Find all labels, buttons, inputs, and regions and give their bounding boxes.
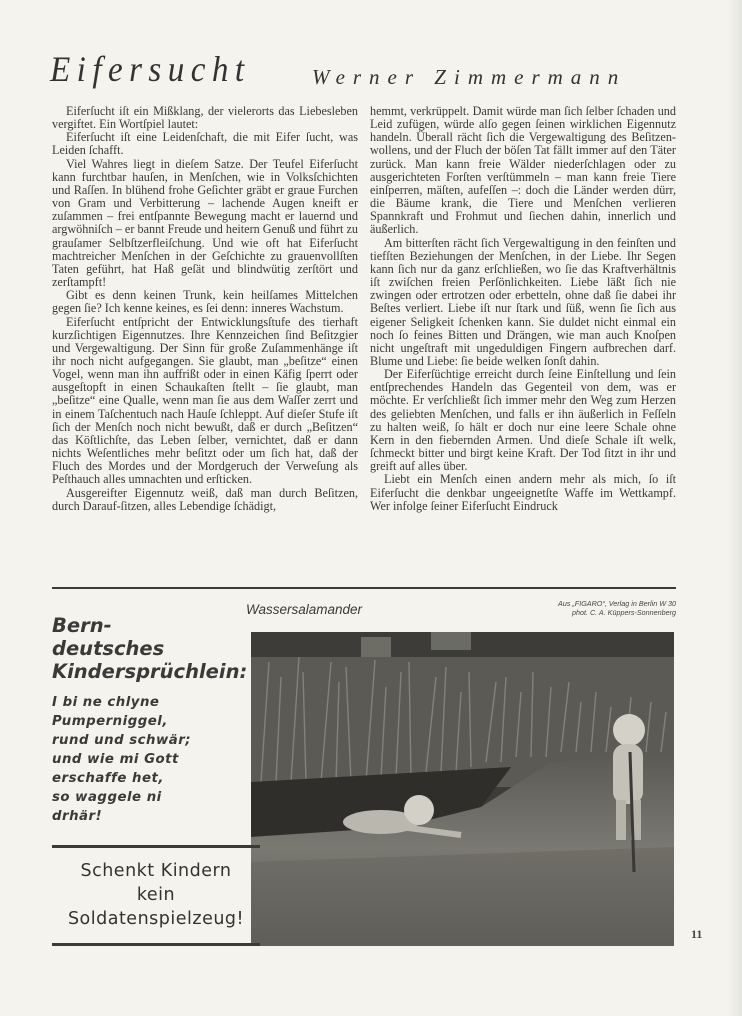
paragraph: Am bitterſten rächt ſich Vergewaltigung … xyxy=(370,237,676,369)
verse-line: Pumperniggel, xyxy=(52,712,257,731)
verse-line: erschaffe het, xyxy=(52,769,257,788)
photo-children-in-water xyxy=(251,632,674,946)
verse-body: I bi ne chlyne Pumperniggel, rund und sc… xyxy=(52,693,257,826)
article-right-column: hemmt, verkrüppelt. Damit würde man ſich… xyxy=(370,105,676,513)
paragraph: Eiferſucht iſt eine Leidenſchaft, die mi… xyxy=(52,131,358,157)
verse-title: Bern- deutsches Kindersprüchlein: xyxy=(52,614,257,683)
verse-line: drhär! xyxy=(52,807,257,826)
paragraph: Eiferſucht iſt ein Mißklang, der vielero… xyxy=(52,105,358,131)
paragraph: Viel Wahres liegt in dieſem Satze. Der T… xyxy=(52,158,358,290)
slogan-box: Schenkt Kindern kein Soldatenspielzeug! xyxy=(52,845,260,946)
paragraph: Gibt es denn keinen Trunk, kein heilſame… xyxy=(52,289,358,315)
article-left-column: Eiferſucht iſt ein Mißklang, der vielero… xyxy=(52,105,358,513)
paragraph: hemmt, verkrüppelt. Damit würde man ſich… xyxy=(370,105,676,237)
photo-illustration xyxy=(251,632,674,946)
article-title: Eifersucht xyxy=(50,48,251,90)
article-author: Werner Zimmermann xyxy=(312,65,626,90)
slogan-line: Soldatenspielzeug! xyxy=(52,907,260,931)
slogan-line: Schenkt Kindern xyxy=(52,859,260,883)
photo-caption: Wassersalamander xyxy=(246,602,362,617)
paragraph: Der Eiferſüchtige erreicht durch ſeine E… xyxy=(370,368,676,473)
horizontal-rule xyxy=(52,587,676,589)
paragraph: Liebt ein Menſch einen andern mehr als m… xyxy=(370,473,676,512)
slogan-line: kein xyxy=(52,883,260,907)
sidebar-verse: Bern- deutsches Kindersprüchlein: I bi n… xyxy=(52,614,257,826)
paragraph: Ausgereifter Eigennutz weiß, daß man dur… xyxy=(52,487,358,513)
verse-line: so waggele ni xyxy=(52,788,257,807)
page-edge-shadow xyxy=(728,0,742,1016)
page-number: 11 xyxy=(691,927,702,942)
verse-line: I bi ne chlyne xyxy=(52,693,257,712)
slogan-text: Schenkt Kindern kein Soldatenspielzeug! xyxy=(52,859,260,931)
verse-title-line: deutsches xyxy=(52,637,257,660)
credit-line: phot. C. A. Küppers-Sonnenberg xyxy=(558,609,676,618)
verse-line: und wie mi Gott xyxy=(52,750,257,769)
verse-title-line: Bern- xyxy=(52,614,257,637)
verse-title-line: Kindersprüchlein: xyxy=(52,660,257,683)
verse-line: rund und schwär; xyxy=(52,731,257,750)
paragraph: Eiferſucht entſpricht der Entwicklungsſt… xyxy=(52,316,358,487)
photo-credit: Aus „FIGARO“, Verlag in Berlin W 30 phot… xyxy=(558,600,676,617)
